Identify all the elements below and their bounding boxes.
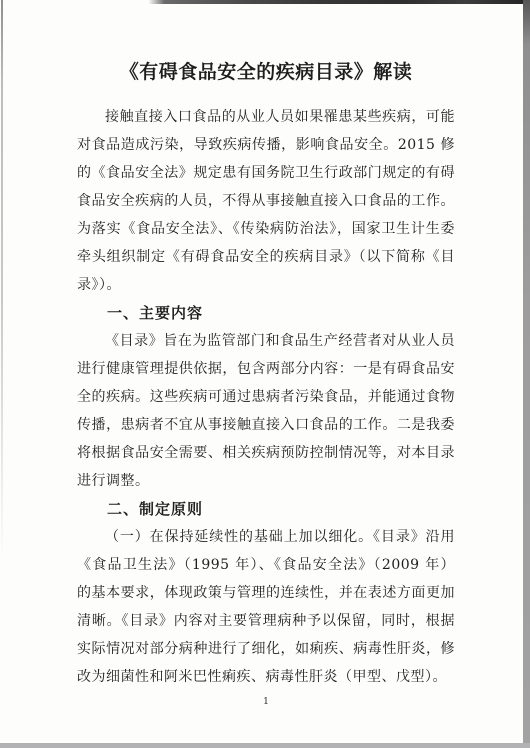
scanned-document-page: 《有碍食品安全的疾病目录》解读 接触直接入口食品的从业人员如果罹患某些疾病，可能…	[0, 0, 530, 748]
section-heading-principles: 二、制定原则	[77, 495, 455, 523]
text-line: 食品安全疾病的人员，不得从事接触直接入口食品的工作。	[77, 187, 455, 215]
text-line: 实际情况对部分病种进行了细化，如痢疾、病毒性肝炎，修	[77, 635, 455, 663]
text-line: 对食品造成污染，导致疾病传播，影响食品安全。2015 修订	[77, 131, 455, 159]
scan-edge-bottom	[0, 743, 530, 748]
text-line: 《食品卫生法》（1995 年）、《食品安全法》（2009 年）	[77, 551, 455, 579]
document-title: 《有碍食品安全的疾病目录》解读	[77, 56, 455, 88]
scan-edge-left	[1, 0, 3, 560]
text-line: 传播，患病者不宜从事接触直接入口食品的工作。二是我委	[77, 411, 455, 439]
text-line: 牵头组织制定《有碍食品安全的疾病目录》（以下简称《目	[77, 243, 455, 271]
text-line: 《目录》旨在为监管部门和食品生产经营者对从业人员	[77, 327, 455, 355]
text-line: 全的疾病。这些疾病可通过患病者污染食品，并能通过食物	[77, 383, 455, 411]
text-line: 录》）。	[77, 271, 455, 299]
text-line: 为落实《食品安全法》、《传染病防治法》，国家卫生计生委	[77, 215, 455, 243]
text-line: 的《食品安全法》规定患有国务院卫生行政部门规定的有碍	[77, 159, 455, 187]
text-line: 进行健康管理提供依据，包含两部分内容：一是有碍食品安	[77, 355, 455, 383]
scan-edge-right	[523, 0, 530, 748]
document-content: 《有碍食品安全的疾病目录》解读 接触直接入口食品的从业人员如果罹患某些疾病，可能…	[77, 56, 455, 708]
text-line: （一）在保持延续性的基础上加以细化。《目录》沿用	[77, 523, 455, 551]
section-heading-main-content: 一、主要内容	[77, 299, 455, 327]
text-line: 接触直接入口食品的从业人员如果罹患某些疾病，可能	[77, 103, 455, 131]
text-line: 的基本要求，体现政策与管理的连续性，并在表述方面更加	[77, 579, 455, 607]
scan-edge-top	[0, 0, 530, 4]
page-number: 1	[77, 696, 455, 708]
text-line: 进行调整。	[77, 467, 455, 495]
text-line: 清晰。《目录》内容对主要管理病种予以保留，同时，根据	[77, 607, 455, 635]
text-line: 将根据食品安全需要、相关疾病预防控制情况等，对本目录	[77, 439, 455, 467]
text-line: 改为细菌性和阿米巴性痢疾、病毒性肝炎（甲型、戊型）。	[77, 663, 455, 691]
